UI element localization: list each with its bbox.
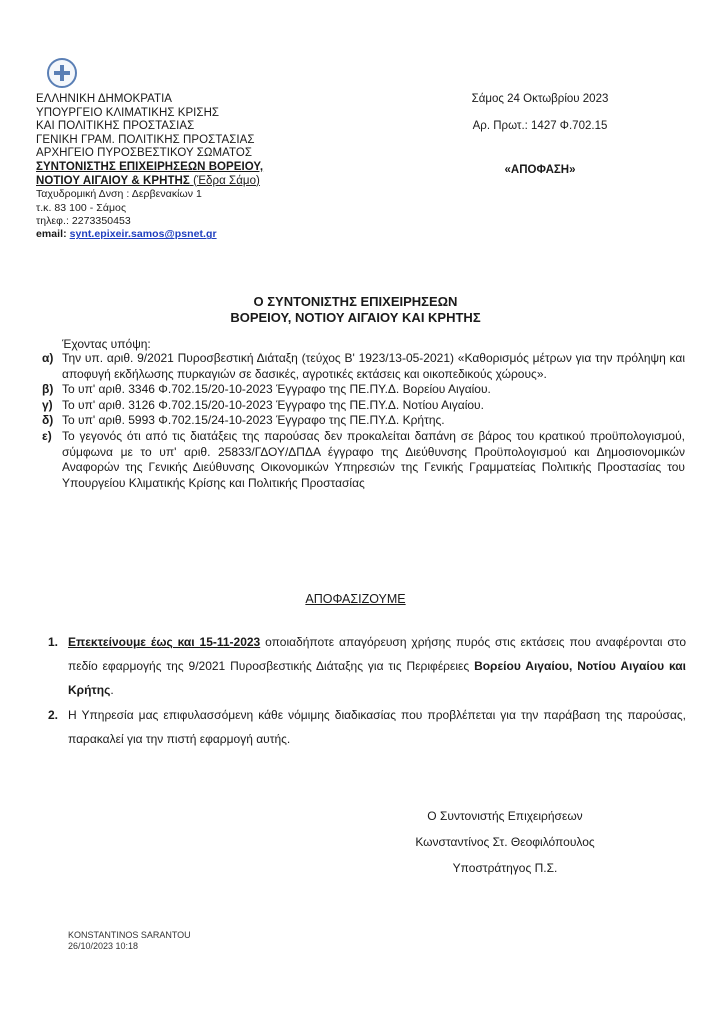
considering-list: α) Την υπ. αριθ. 9/2021 Πυροσβεστική Διά… — [42, 351, 685, 491]
item-text: Το υπ' αριθ. 3346 Φ.702.15/20-10-2023 Έγ… — [62, 382, 685, 398]
document-title: Ο ΣΥΝΤΟΝΙΣΤΗΣ ΕΠΙΧΕΙΡΗΣΕΩΝ ΒΟΡΕΙΟΥ, ΝΟΤΙ… — [0, 294, 711, 326]
item-label: β) — [42, 382, 62, 398]
phone-number: τηλεφ.: 2273350453 — [36, 215, 263, 228]
unit-name-line-1: ΣΥΝΤΟΝΙΣΤΗΣ ΕΠΙΧΕΙΡΗΣΕΩΝ ΒΟΡΕΙΟΥ, — [36, 161, 263, 175]
signer-name: Κωνσταντίνος Στ. Θεοφιλόπουλος — [380, 829, 630, 855]
org-line: ΕΛΛΗΝΙΚΗ ΔΗΜΟΚΡΑΤΙΑ — [36, 93, 263, 107]
item-label: ε) — [42, 429, 62, 491]
title-line-2: ΒΟΡΕΙΟΥ, ΝΟΤΙΟΥ ΑΙΓΑΙΟΥ ΚΑΙ ΚΡΗΤΗΣ — [0, 310, 711, 326]
considering-intro: Έχοντας υπόψη: — [62, 337, 151, 351]
signer-role: Ο Συντονιστής Επιχειρήσεων — [380, 803, 630, 829]
unit-seat: (Έδρα Σάμο) — [190, 175, 260, 187]
unit-name-line-2: ΝΟΤΙΟΥ ΑΙΓΑΙΟΥ & ΚΡΗΤΗΣ — [36, 175, 190, 187]
org-line: ΑΡΧΗΓΕΙΟ ΠΥΡΟΣΒΕΣΤΙΚΟΥ ΣΩΜΑΤΟΣ — [36, 147, 263, 161]
stamp-timestamp: 26/10/2023 10:18 — [68, 941, 191, 952]
email-label: email: — [36, 228, 70, 240]
item-label: γ) — [42, 398, 62, 414]
stamp-signer: KONSTANTINOS SARANTOU — [68, 930, 191, 941]
org-line: ΥΠΟΥΡΓΕΙΟ ΚΛΙΜΑΤΙΚΗΣ ΚΡΙΣΗΣ — [36, 107, 263, 121]
decision-end: . — [110, 683, 113, 697]
digital-signature-stamp: KONSTANTINOS SARANTOU 26/10/2023 10:18 — [68, 930, 191, 952]
decision-number: 1. — [48, 630, 68, 702]
decision-text: Η Υπηρεσία μας επιφυλασσόμενη κάθε νόμιμ… — [68, 703, 686, 751]
email-link[interactable]: synt.epixeir.samos@psnet.gr — [70, 228, 217, 240]
item-label: δ) — [42, 413, 62, 429]
signature-block: Ο Συντονιστής Επιχειρήσεων Κωνσταντίνος … — [380, 803, 630, 881]
considering-item: ε) Το γεγονός ότι από τις διατάξεις της … — [42, 429, 685, 491]
org-line: ΚΑΙ ΠΟΛΙΤΙΚΗΣ ΠΡΟΣΤΑΣΙΑΣ — [36, 120, 263, 134]
signer-rank: Υποστράτηγος Π.Σ. — [380, 855, 630, 881]
considering-item: β) Το υπ' αριθ. 3346 Φ.702.15/20-10-2023… — [42, 382, 685, 398]
item-text: Την υπ. αριθ. 9/2021 Πυροσβεστική Διάταξ… — [62, 351, 685, 382]
item-label: α) — [42, 351, 62, 382]
decision-item: 2. Η Υπηρεσία μας επιφυλασσόμενη κάθε νό… — [48, 703, 686, 751]
postal-code: τ.κ. 83 100 - Σάμος — [36, 202, 263, 215]
document-type: «ΑΠΟΦΑΣΗ» — [455, 164, 625, 176]
considering-item: γ) Το υπ' αριθ. 3126 Φ.702.15/20-10-2023… — [42, 398, 685, 414]
decide-heading: ΑΠΟΦΑΣΙΖΟΥΜΕ — [0, 592, 711, 606]
item-text: Το γεγονός ότι από τις διατάξεις της παρ… — [62, 429, 685, 491]
org-line: ΓΕΝΙΚΗ ΓΡΑΜ. ΠΟΛΙΤΙΚΗΣ ΠΡΟΣΤΑΣΙΑΣ — [36, 134, 263, 148]
title-line-1: Ο ΣΥΝΤΟΝΙΣΤΗΣ ΕΠΙΧΕΙΡΗΣΕΩΝ — [0, 294, 711, 310]
decision-item: 1. Επεκτείνουμε έως και 15-11-2023 οποια… — [48, 630, 686, 702]
protocol-number: Αρ. Πρωτ.: 1427 Φ.702.15 — [455, 120, 625, 132]
greek-coat-of-arms-icon — [47, 58, 77, 88]
decision-lead: Επεκτείνουμε έως και 15-11-2023 — [68, 635, 260, 649]
sender-header: ΕΛΛΗΝΙΚΗ ΔΗΜΟΚΡΑΤΙΑ ΥΠΟΥΡΓΕΙΟ ΚΛΙΜΑΤΙΚΗΣ… — [36, 93, 263, 242]
considering-item: α) Την υπ. αριθ. 9/2021 Πυροσβεστική Διά… — [42, 351, 685, 382]
decisions-list: 1. Επεκτείνουμε έως και 15-11-2023 οποια… — [48, 630, 686, 752]
postal-address: Ταχυδρομική Δνση : Δερβενακίων 1 — [36, 188, 263, 201]
item-text: Το υπ' αριθ. 5993 Φ.702.15/24-10-2023 Έγ… — [62, 413, 685, 429]
item-text: Το υπ' αριθ. 3126 Φ.702.15/20-10-2023 Έγ… — [62, 398, 685, 414]
considering-item: δ) Το υπ' αριθ. 5993 Φ.702.15/24-10-2023… — [42, 413, 685, 429]
document-date: Σάμος 24 Οκτωβρίου 2023 — [455, 93, 625, 105]
decision-number: 2. — [48, 703, 68, 751]
